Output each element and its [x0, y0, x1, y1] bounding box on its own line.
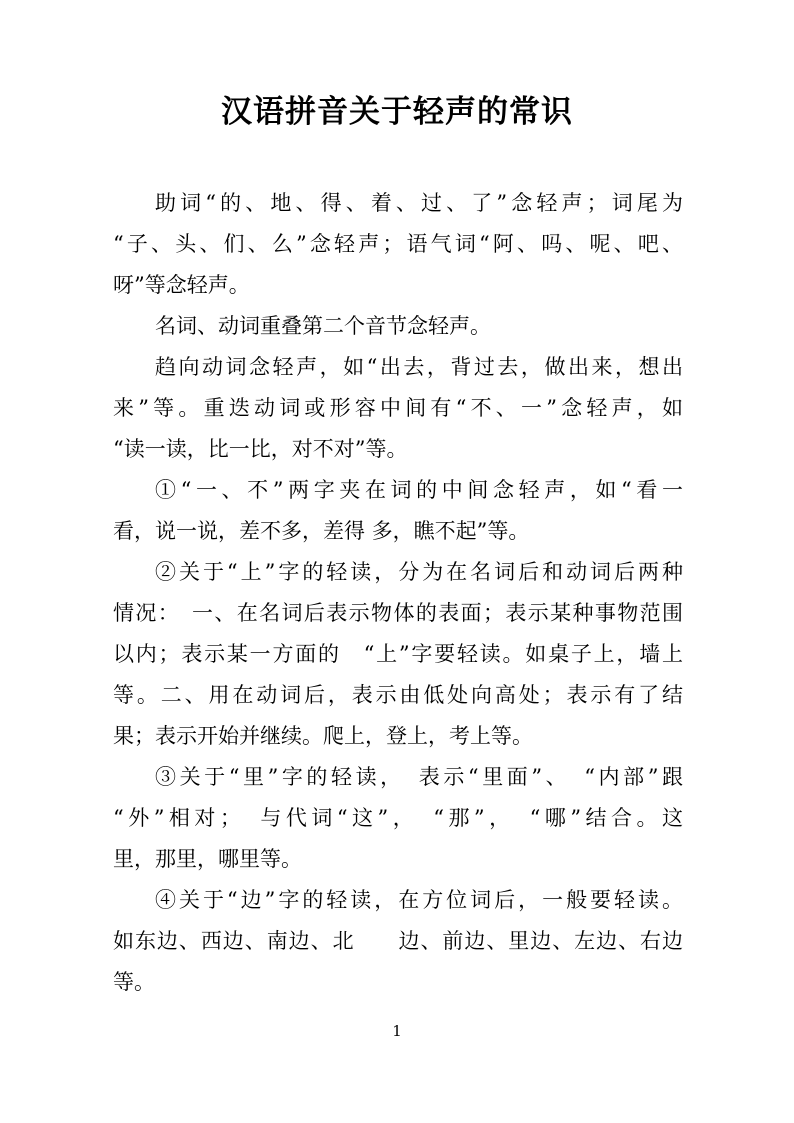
text-line: “外”相对； 与代词“这”， “那”， “哪”结合。这	[113, 798, 683, 839]
text-line: 呀”等念轻声。	[113, 265, 683, 306]
text-line: “读一读，比一比，对不对”等。	[113, 429, 683, 470]
paragraph-4: ①“一、不”两字夹在词的中间念轻声，如“看一 看，说一说，差不多，差得 多，瞧不…	[113, 470, 683, 552]
paragraph-5: ②关于“上”字的轻读，分为在名词后和动词后两种 情况： 一、在名词后表示物体的表…	[113, 552, 683, 757]
paragraph-3: 趋向动词念轻声，如“出去，背过去，做出来，想出 来”等。重迭动词或形容中间有“不…	[113, 347, 683, 470]
text-line: 里，那里，哪里等。	[113, 839, 683, 880]
text-line: 等。二、用在动词后，表示由低处向高处；表示有了结	[113, 675, 683, 716]
text-line: ②关于“上”字的轻读，分为在名词后和动词后两种	[113, 552, 683, 593]
text-line: 助词“的、地、得、着、过、了”念轻声；词尾为	[113, 183, 683, 224]
text-line: 等。	[113, 962, 683, 1003]
text-line: 来”等。重迭动词或形容中间有“不、一”念轻声，如	[113, 388, 683, 429]
text-line: ①“一、不”两字夹在词的中间念轻声，如“看一	[113, 470, 683, 511]
text-line: 看，说一说，差不多，差得 多，瞧不起”等。	[113, 511, 683, 552]
paragraph-1: 助词“的、地、得、着、过、了”念轻声；词尾为 “子、头、们、么”念轻声；语气词“…	[113, 183, 683, 306]
document-body: 助词“的、地、得、着、过、了”念轻声；词尾为 “子、头、们、么”念轻声；语气词“…	[113, 183, 683, 1003]
text-line: “子、头、们、么”念轻声；语气词“阿、吗、呢、吧、	[113, 224, 683, 265]
text-line: 如东边、西边、南边、北 边、前边、里边、左边、右边	[113, 921, 683, 962]
paragraph-2: 名词、动词重叠第二个音节念轻声。	[113, 306, 683, 347]
page-number: 1	[392, 1022, 402, 1040]
text-line: ③关于“里”字的轻读， 表示“里面”、 “内部”跟	[113, 757, 683, 798]
text-line: 以内；表示某一方面的 “上”字要轻读。如桌子上，墙上	[113, 634, 683, 675]
page-footer: 1	[0, 1022, 794, 1040]
text-line: 名词、动词重叠第二个音节念轻声。	[113, 306, 683, 347]
page-title: 汉语拼音关于轻声的常识	[0, 0, 794, 132]
paragraph-7: ④关于“边”字的轻读，在方位词后，一般要轻读。 如东边、西边、南边、北 边、前边…	[113, 880, 683, 1003]
paragraph-6: ③关于“里”字的轻读， 表示“里面”、 “内部”跟 “外”相对； 与代词“这”，…	[113, 757, 683, 880]
text-line: 果；表示开始并继续。爬上，登上，考上等。	[113, 716, 683, 757]
document-page: 汉语拼音关于轻声的常识 助词“的、地、得、着、过、了”念轻声；词尾为 “子、头、…	[0, 0, 794, 1123]
text-line: 趋向动词念轻声，如“出去，背过去，做出来，想出	[113, 347, 683, 388]
text-line: ④关于“边”字的轻读，在方位词后，一般要轻读。	[113, 880, 683, 921]
text-line: 情况： 一、在名词后表示物体的表面；表示某种事物范围	[113, 593, 683, 634]
